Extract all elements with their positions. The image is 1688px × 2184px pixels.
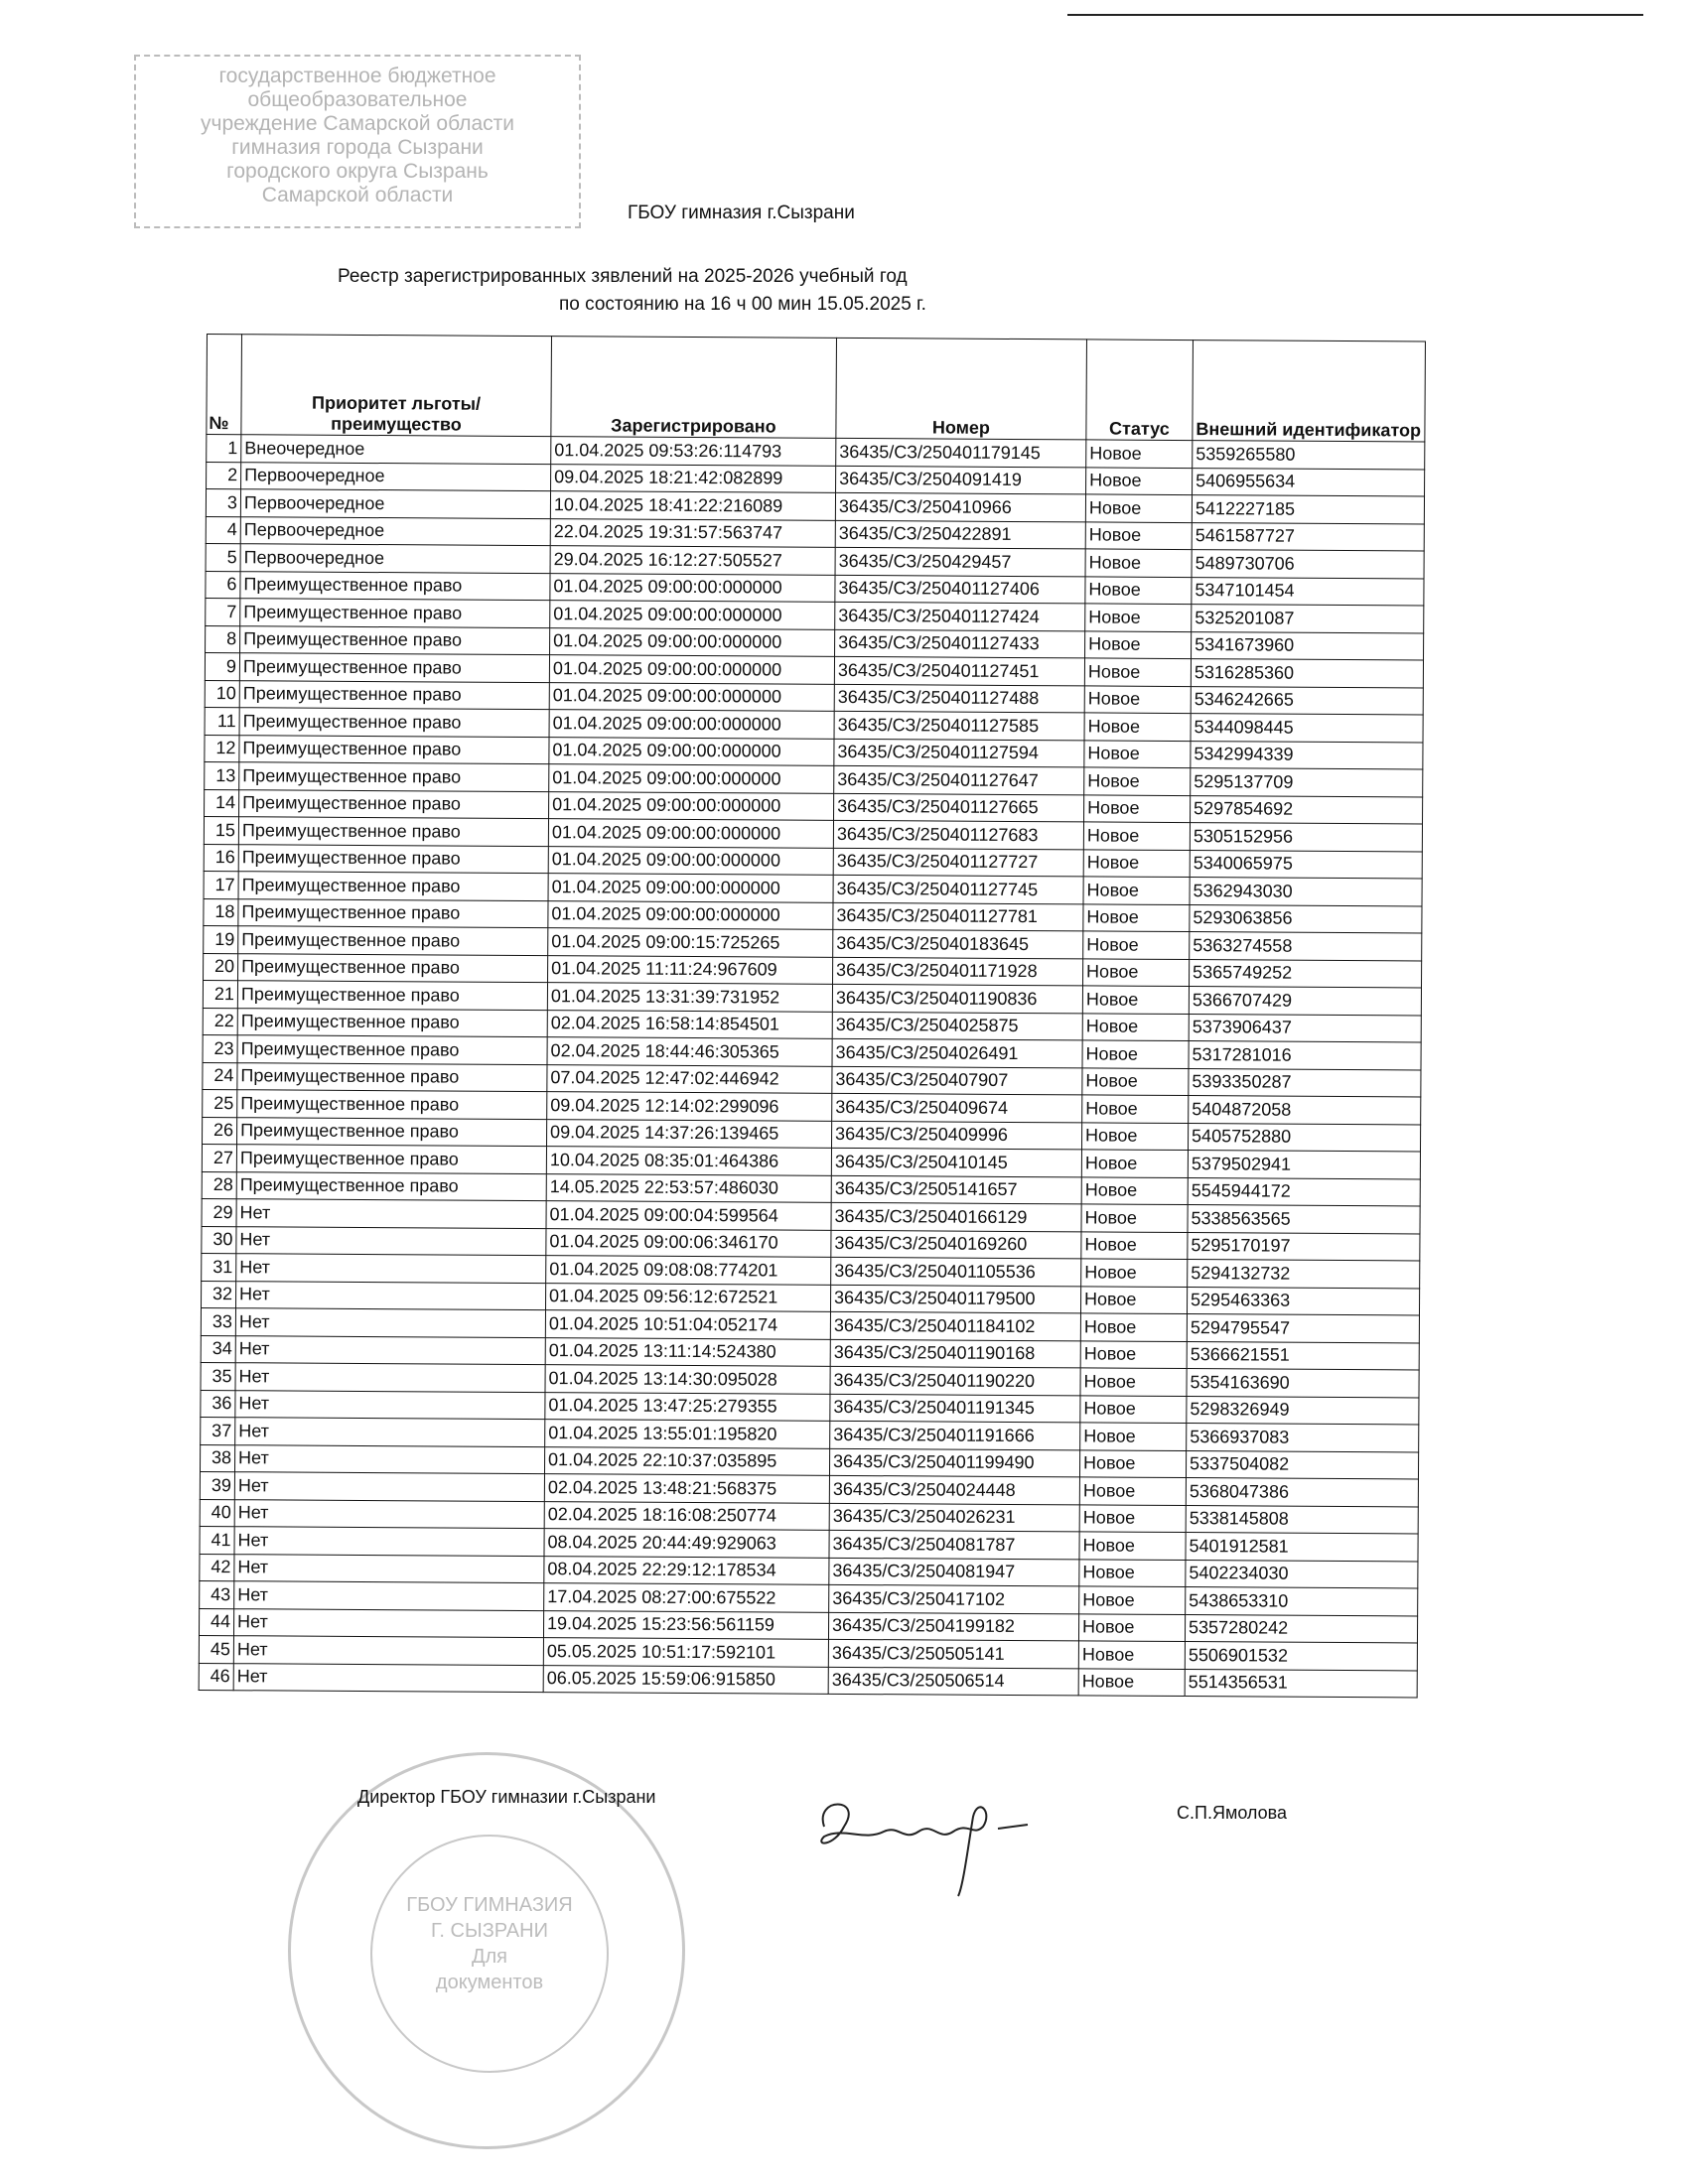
cell-row-number: 37 (201, 1417, 235, 1444)
cell-registered: 01.04.2025 10:51:04:052174 (545, 1310, 830, 1339)
cell-priority: Преимущественное право (238, 953, 548, 982)
seal-line: Для (372, 1944, 607, 1970)
cell-application-number: 36435/СЗ/250401127585 (834, 711, 1084, 740)
cell-registered: 01.04.2025 09:00:00:000000 (550, 627, 835, 656)
cell-status: Новое (1080, 1395, 1187, 1423)
cell-priority: Нет (234, 1527, 544, 1556)
cell-status: Новое (1079, 1532, 1186, 1560)
cell-registered: 01.04.2025 13:31:39:731952 (547, 983, 832, 1012)
cell-external-id: 5305152956 (1190, 823, 1422, 852)
cell-application-number: 36435/СЗ/250401127647 (834, 765, 1084, 794)
cell-registered: 01.04.2025 13:11:14:524380 (545, 1337, 830, 1366)
cell-registered: 01.04.2025 09:00:06:346170 (546, 1228, 831, 1257)
cell-status: Новое (1082, 1067, 1189, 1095)
cell-status: Новое (1081, 1259, 1188, 1287)
cell-priority: Нет (236, 1281, 546, 1309)
cell-row-number: 15 (204, 816, 238, 844)
cell-application-number: 36435/СЗ/250401127451 (834, 656, 1084, 685)
stamp-line: городского округа Сызрань (136, 160, 579, 184)
cell-row-number: 27 (202, 1144, 236, 1171)
cell-external-id: 5359265580 (1193, 441, 1425, 470)
cell-registered: 19.04.2025 15:23:56:561159 (543, 1610, 828, 1639)
cell-application-number: 36435/СЗ/250401171928 (833, 957, 1083, 986)
cell-row-number: 23 (203, 1034, 237, 1062)
cell-registered: 01.04.2025 09:00:00:000000 (549, 682, 834, 711)
cell-priority: Нет (233, 1636, 543, 1665)
cell-registered: 02.04.2025 13:48:21:568375 (544, 1474, 829, 1503)
cell-priority: Преимущественное право (238, 898, 548, 927)
cell-status: Новое (1085, 521, 1192, 549)
cell-status: Новое (1086, 440, 1193, 468)
cell-application-number: 36435/СЗ/2504091419 (836, 466, 1086, 494)
cell-registered: 01.04.2025 09:00:00:000000 (550, 601, 835, 629)
cell-row-number: 30 (202, 1226, 236, 1254)
cell-application-number: 36435/СЗ/250410966 (835, 492, 1085, 521)
signature-icon (804, 1787, 1062, 1906)
cell-row-number: 5 (206, 543, 240, 571)
cell-row-number: 43 (200, 1580, 234, 1608)
cell-registered: 17.04.2025 08:27:00:675522 (544, 1583, 829, 1612)
cell-external-id: 5393350287 (1189, 1068, 1421, 1097)
cell-external-id: 5401912581 (1186, 1533, 1418, 1562)
cell-status: Новое (1080, 1423, 1187, 1450)
cell-application-number: 36435/СЗ/2504026231 (829, 1503, 1079, 1532)
cell-status: Новое (1080, 1286, 1187, 1313)
cell-priority: Нет (234, 1499, 544, 1528)
cell-external-id: 5362943030 (1190, 878, 1422, 906)
cell-status: Новое (1080, 1340, 1187, 1368)
cell-status: Новое (1079, 1477, 1186, 1505)
cell-priority: Преимущественное право (236, 1145, 546, 1173)
cell-application-number: 36435/СЗ/2504081947 (829, 1558, 1079, 1586)
cell-priority: Преимущественное право (239, 653, 549, 682)
cell-priority: Преимущественное право (237, 1090, 547, 1119)
cell-priority: Нет (235, 1335, 545, 1364)
cell-priority: Внеочередное (241, 435, 551, 464)
cell-priority: Нет (236, 1254, 546, 1283)
cell-priority: Преимущественное право (238, 926, 548, 955)
cell-application-number: 36435/СЗ/250401184102 (830, 1311, 1080, 1340)
cell-application-number: 36435/СЗ/250401179500 (830, 1285, 1080, 1313)
cell-status: Новое (1085, 549, 1192, 577)
cell-row-number: 34 (201, 1335, 235, 1363)
cell-application-number: 36435/СЗ/250401191345 (830, 1394, 1080, 1423)
cell-row-number: 10 (205, 680, 239, 708)
cell-row-number: 3 (206, 489, 240, 517)
cell-external-id: 5347101454 (1192, 577, 1424, 606)
cell-application-number: 36435/СЗ/250401179145 (836, 438, 1086, 467)
cell-external-id: 5366621551 (1187, 1341, 1419, 1370)
stamp-line: общеобразовательное (136, 88, 579, 112)
cell-registered: 01.04.2025 09:56:12:672521 (545, 1283, 830, 1311)
cell-row-number: 9 (205, 652, 239, 680)
cell-registered: 02.04.2025 18:44:46:305365 (547, 1037, 832, 1066)
cell-application-number: 36435/СЗ/250429457 (835, 547, 1085, 576)
cell-status: Новое (1083, 958, 1190, 986)
cell-application-number: 36435/СЗ/25040166129 (831, 1202, 1081, 1231)
cell-status: Новое (1081, 1231, 1188, 1259)
cell-application-number: 36435/СЗ/2504199182 (828, 1612, 1078, 1641)
cell-application-number: 36435/СЗ/250409996 (832, 1121, 1082, 1150)
registry-table: № Приоритет льготы/ преимущество Зарегис… (199, 334, 1426, 1698)
cell-row-number: 8 (206, 625, 240, 653)
cell-status: Новое (1080, 1313, 1187, 1341)
cell-row-number: 20 (204, 953, 238, 981)
cell-external-id: 5461587727 (1192, 522, 1424, 551)
cell-priority: Преимущественное право (240, 571, 550, 600)
cell-priority: Первоочередное (240, 544, 550, 573)
document-subtitle: по состоянию на 16 ч 00 мин 15.05.2025 г… (559, 294, 926, 316)
cell-application-number: 36435/СЗ/250401127433 (835, 629, 1085, 658)
cell-application-number: 36435/СЗ/250407907 (832, 1066, 1082, 1095)
col-status: Статус (1086, 340, 1194, 441)
cell-external-id: 5346242665 (1191, 686, 1423, 715)
cell-row-number: 36 (201, 1390, 235, 1418)
institution-stamp: государственное бюджетноеобщеобразовател… (134, 55, 581, 228)
cell-external-id: 5340065975 (1190, 850, 1422, 879)
cell-row-number: 32 (202, 1281, 236, 1308)
cell-row-number: 13 (205, 761, 239, 789)
cell-status: Новое (1082, 1095, 1189, 1123)
table-header-row: № Приоритет льготы/ преимущество Зарегис… (207, 335, 1425, 442)
cell-registered: 01.04.2025 09:00:00:000000 (549, 655, 834, 684)
cell-row-number: 12 (205, 735, 239, 762)
cell-registered: 01.04.2025 09:08:08:774201 (546, 1256, 831, 1285)
cell-status: Новое (1084, 794, 1191, 822)
cell-application-number: 36435/СЗ/250401127727 (833, 848, 1083, 877)
cell-priority: Преимущественное право (240, 599, 550, 627)
cell-application-number: 36435/СЗ/250401105536 (831, 1257, 1081, 1286)
cell-external-id: 5357280242 (1185, 1614, 1417, 1643)
cell-external-id: 5317281016 (1189, 1041, 1421, 1070)
cell-priority: Преимущественное право (239, 708, 549, 737)
cell-row-number: 18 (204, 898, 238, 926)
cell-registered: 01.04.2025 09:00:00:000000 (549, 710, 834, 739)
cell-registered: 01.04.2025 09:00:15:725265 (548, 928, 833, 957)
cell-registered: 01.04.2025 09:00:00:000000 (548, 900, 833, 929)
cell-external-id: 5373906437 (1189, 1014, 1421, 1042)
cell-registered: 01.04.2025 09:00:00:000000 (550, 573, 835, 602)
cell-priority: Преимущественное право (239, 680, 549, 709)
cell-registered: 01.04.2025 22:10:37:035895 (544, 1446, 829, 1475)
cell-row-number: 17 (204, 871, 238, 898)
cell-row-number: 21 (203, 980, 237, 1008)
cell-application-number: 36435/СЗ/250401127594 (834, 739, 1084, 767)
cell-priority: Нет (235, 1390, 545, 1419)
cell-application-number: 36435/СЗ/25040183645 (833, 929, 1083, 958)
cell-row-number: 33 (201, 1307, 235, 1335)
cell-external-id: 5342994339 (1191, 741, 1423, 769)
cell-external-id: 5412227185 (1192, 495, 1424, 524)
cell-registered: 22.04.2025 19:31:57:563747 (550, 518, 835, 547)
cell-external-id: 5363274558 (1190, 932, 1422, 961)
cell-application-number: 36435/СЗ/250505141 (828, 1639, 1078, 1668)
cell-external-id: 5297854692 (1191, 795, 1423, 824)
cell-priority: Нет (234, 1554, 544, 1582)
round-seal: ГБОУ ГИМНАЗИЯГ. СЫЗРАНИДлядокументов (288, 1752, 685, 2149)
cell-priority: Нет (233, 1663, 543, 1692)
cell-status: Новое (1083, 931, 1190, 959)
cell-priority: Преимущественное право (237, 981, 547, 1010)
cell-application-number: 36435/СЗ/250506514 (828, 1667, 1078, 1696)
cell-application-number: 36435/СЗ/250401127665 (834, 793, 1084, 822)
cell-priority: Нет (235, 1308, 545, 1337)
cell-application-number: 36435/СЗ/250401127745 (833, 875, 1083, 903)
cell-registered: 09.04.2025 14:37:26:139465 (547, 1119, 832, 1148)
stamp-line: государственное бюджетное (136, 65, 579, 88)
cell-registered: 07.04.2025 12:47:02:446942 (547, 1064, 832, 1093)
cell-registered: 01.04.2025 09:00:00:000000 (549, 791, 834, 820)
cell-status: Новое (1085, 494, 1192, 522)
cell-status: Новое (1086, 467, 1193, 494)
cell-status: Новое (1085, 604, 1192, 631)
cell-priority: Нет (234, 1444, 544, 1473)
seal-line: Г. СЫЗРАНИ (372, 1918, 607, 1944)
col-priority: Приоритет льготы/ преимущество (241, 335, 552, 437)
cell-application-number: 36435/СЗ/250401127683 (833, 820, 1083, 849)
cell-external-id: 5294132732 (1188, 1260, 1420, 1289)
organization-name: ГБОУ гимназия г.Сызрани (628, 203, 855, 224)
cell-status: Новое (1084, 658, 1191, 686)
cell-external-id: 5295170197 (1188, 1232, 1420, 1261)
cell-status: Новое (1084, 713, 1191, 741)
cell-application-number: 36435/СЗ/2504081787 (829, 1530, 1079, 1559)
cell-priority: Нет (236, 1199, 546, 1228)
cell-row-number: 42 (200, 1554, 234, 1581)
cell-external-id: 5293063856 (1190, 904, 1422, 933)
cell-status: Новое (1082, 1040, 1189, 1068)
cell-priority: Нет (234, 1581, 544, 1610)
cell-external-id: 5316285360 (1191, 659, 1423, 688)
cell-registered: 01.04.2025 13:55:01:195820 (545, 1420, 830, 1448)
cell-registered: 08.04.2025 22:29:12:178534 (544, 1556, 829, 1584)
cell-row-number: 40 (200, 1499, 234, 1527)
cell-status: Новое (1083, 877, 1190, 904)
cell-row-number: 7 (206, 598, 240, 625)
cell-row-number: 2 (207, 462, 241, 489)
cell-priority: Нет (234, 1472, 544, 1501)
stamp-line: гимназия города Сызрани (136, 136, 579, 160)
stamp-line: учреждение Самарской области (136, 112, 579, 136)
cell-external-id: 5298326949 (1187, 1396, 1419, 1425)
cell-registered: 01.04.2025 13:14:30:095028 (545, 1365, 830, 1394)
col-registered: Зарегистрировано (551, 337, 837, 439)
cell-row-number: 46 (199, 1663, 233, 1691)
cell-external-id: 5354163690 (1187, 1369, 1419, 1398)
cell-priority: Первоочередное (240, 516, 550, 545)
cell-priority: Нет (235, 1363, 545, 1392)
cell-external-id: 5366937083 (1187, 1424, 1419, 1452)
cell-status: Новое (1078, 1613, 1185, 1641)
cell-registered: 01.04.2025 09:00:00:000000 (548, 874, 833, 902)
seal-line: ГБОУ ГИМНАЗИЯ (372, 1892, 607, 1918)
cell-status: Новое (1078, 1668, 1185, 1696)
cell-row-number: 19 (204, 925, 238, 953)
cell-status: Новое (1079, 1504, 1186, 1532)
cell-external-id: 5379502941 (1188, 1151, 1420, 1179)
cell-external-id: 5405752880 (1188, 1123, 1420, 1152)
cell-row-number: 4 (206, 516, 240, 544)
cell-registered: 10.04.2025 08:35:01:464386 (546, 1147, 831, 1175)
top-rule (1067, 14, 1643, 16)
cell-status: Новое (1079, 1586, 1186, 1614)
cell-registered: 14.05.2025 22:53:57:486030 (546, 1173, 831, 1202)
cell-status: Новое (1085, 576, 1192, 604)
cell-row-number: 35 (201, 1362, 235, 1390)
cell-application-number: 36435/СЗ/25040169260 (831, 1230, 1081, 1259)
cell-application-number: 36435/СЗ/250401199490 (829, 1448, 1079, 1477)
cell-priority: Преимущественное право (237, 1008, 547, 1036)
cell-application-number: 36435/СЗ/250401191666 (830, 1421, 1080, 1449)
cell-external-id: 5366707429 (1189, 987, 1421, 1016)
cell-row-number: 16 (204, 844, 238, 872)
cell-external-id: 5368047386 (1186, 1478, 1418, 1507)
cell-priority: Преимущественное право (239, 735, 549, 763)
cell-row-number: 26 (203, 1117, 237, 1145)
cell-priority: Преимущественное право (236, 1171, 546, 1200)
cell-registered: 02.04.2025 16:58:14:854501 (547, 1010, 832, 1038)
cell-registered: 29.04.2025 16:12:27:505527 (550, 546, 835, 575)
cell-registered: 01.04.2025 09:00:00:000000 (549, 737, 834, 765)
cell-application-number: 36435/СЗ/250401190168 (830, 1339, 1080, 1368)
cell-application-number: 36435/СЗ/2504024448 (829, 1475, 1079, 1504)
cell-application-number: 36435/СЗ/250409674 (832, 1093, 1082, 1122)
cell-row-number: 41 (200, 1526, 234, 1554)
cell-registered: 10.04.2025 18:41:22:216089 (550, 491, 835, 520)
cell-application-number: 36435/СЗ/2505141657 (831, 1175, 1081, 1204)
cell-priority: Преимущественное право (237, 1035, 547, 1064)
cell-external-id: 5406955634 (1193, 468, 1425, 496)
cell-row-number: 6 (206, 571, 240, 599)
cell-external-id: 5545944172 (1188, 1177, 1420, 1206)
col-application-number: Номер (836, 338, 1087, 440)
cell-status: Новое (1081, 1176, 1188, 1204)
document-title: Реестр зарегистрированных зявлений на 20… (338, 266, 908, 288)
stamp-line: Самарской области (136, 184, 579, 207)
cell-row-number: 28 (202, 1171, 236, 1199)
cell-application-number: 36435/СЗ/250401127424 (835, 602, 1085, 630)
cell-row-number: 29 (202, 1198, 236, 1226)
cell-row-number: 39 (200, 1471, 234, 1499)
cell-external-id: 5295463363 (1187, 1287, 1419, 1315)
cell-status: Новое (1079, 1449, 1186, 1477)
cell-application-number: 36435/СЗ/250401190220 (830, 1366, 1080, 1395)
cell-priority: Нет (233, 1608, 543, 1637)
cell-status: Новое (1082, 1013, 1189, 1040)
cell-row-number: 11 (205, 707, 239, 735)
cell-status: Новое (1083, 822, 1190, 850)
cell-status: Новое (1082, 986, 1189, 1014)
cell-external-id: 5294795547 (1187, 1314, 1419, 1343)
cell-registered: 05.05.2025 10:51:17:592101 (543, 1638, 828, 1667)
cell-external-id: 5338145808 (1186, 1505, 1418, 1534)
cell-external-id: 5344098445 (1191, 714, 1423, 743)
cell-row-number: 1 (207, 435, 241, 463)
cell-status: Новое (1080, 1368, 1187, 1396)
cell-status: Новое (1081, 1122, 1188, 1150)
cell-application-number: 36435/СЗ/250401127781 (833, 902, 1083, 931)
cell-status: Новое (1079, 1559, 1186, 1586)
cell-application-number: 36435/СЗ/2504025875 (832, 1012, 1082, 1040)
cell-registered: 01.04.2025 09:00:00:000000 (549, 764, 834, 793)
cell-row-number: 38 (200, 1444, 234, 1472)
cell-row-number: 44 (199, 1608, 233, 1636)
cell-status: Новое (1084, 740, 1191, 767)
seal-line: документов (372, 1970, 607, 1995)
cell-status: Новое (1078, 1641, 1185, 1669)
cell-priority: Преимущественное право (239, 762, 549, 791)
cell-priority: Преимущественное право (238, 817, 548, 846)
cell-registered: 01.04.2025 09:00:04:599564 (546, 1201, 831, 1230)
cell-status: Новое (1084, 767, 1191, 795)
cell-status: Новое (1084, 685, 1191, 713)
cell-priority: Преимущественное право (237, 1117, 547, 1146)
cell-application-number: 36435/СЗ/250410145 (831, 1148, 1081, 1176)
director-label: Директор ГБОУ гимназии г.Сызрани (357, 1787, 656, 1808)
cell-registered: 06.05.2025 15:59:06:915850 (543, 1665, 828, 1694)
col-number: № (207, 335, 242, 435)
cell-registered: 01.04.2025 09:00:00:000000 (548, 846, 833, 875)
cell-row-number: 25 (203, 1089, 237, 1117)
cell-application-number: 36435/СЗ/250401127406 (835, 575, 1085, 604)
col-external-id: Внешний идентификатор (1193, 341, 1425, 442)
cell-priority: Нет (235, 1418, 545, 1446)
cell-registered: 01.04.2025 13:47:25:279355 (545, 1392, 830, 1421)
cell-row-number: 31 (202, 1253, 236, 1281)
cell-external-id: 5365749252 (1190, 959, 1422, 988)
cell-priority: Преимущественное право (238, 844, 548, 873)
cell-application-number: 36435/СЗ/250422891 (835, 520, 1085, 549)
cell-external-id: 5404872058 (1189, 1096, 1421, 1125)
cell-priority: Преимущественное право (240, 625, 550, 654)
cell-row-number: 14 (205, 789, 239, 817)
cell-priority: Первоочередное (240, 489, 550, 518)
cell-registered: 02.04.2025 18:16:08:250774 (544, 1501, 829, 1530)
cell-external-id: 5506901532 (1185, 1642, 1417, 1671)
cell-external-id: 5341673960 (1192, 631, 1424, 660)
cell-status: Новое (1083, 849, 1190, 877)
cell-priority: Преимущественное право (237, 1062, 547, 1091)
cell-status: Новое (1085, 630, 1192, 658)
signer-name: С.П.Ямолова (1177, 1803, 1287, 1824)
cell-priority: Преимущественное право (239, 789, 549, 818)
cell-status: Новое (1081, 1204, 1188, 1232)
cell-registered: 08.04.2025 20:44:49:929063 (544, 1529, 829, 1558)
cell-status: Новое (1083, 903, 1190, 931)
cell-external-id: 5295137709 (1191, 768, 1423, 797)
cell-external-id: 5402234030 (1186, 1560, 1418, 1588)
cell-row-number: 45 (199, 1635, 233, 1663)
cell-application-number: 36435/СЗ/250417102 (829, 1584, 1079, 1613)
cell-registered: 09.04.2025 12:14:02:299096 (547, 1092, 832, 1121)
cell-priority: Преимущественное право (238, 872, 548, 900)
cell-external-id: 5489730706 (1192, 550, 1424, 579)
cell-priority: Первоочередное (241, 462, 551, 490)
cell-external-id: 5514356531 (1185, 1669, 1417, 1698)
cell-row-number: 22 (203, 1008, 237, 1035)
cell-registered: 01.04.2025 11:11:24:967609 (548, 955, 833, 984)
cell-registered: 01.04.2025 09:53:26:114793 (551, 437, 836, 466)
cell-external-id: 5325201087 (1192, 605, 1424, 633)
cell-priority: Нет (236, 1226, 546, 1255)
cell-registered: 01.04.2025 09:00:00:000000 (548, 819, 833, 848)
cell-external-id: 5337504082 (1186, 1450, 1418, 1479)
cell-application-number: 36435/СЗ/250401127488 (834, 684, 1084, 713)
cell-external-id: 5438653310 (1186, 1587, 1418, 1616)
seal-center: ГБОУ ГИМНАЗИЯГ. СЫЗРАНИДлядокументов (370, 1835, 609, 2073)
cell-row-number: 24 (203, 1062, 237, 1090)
cell-application-number: 36435/СЗ/2504026491 (832, 1038, 1082, 1067)
